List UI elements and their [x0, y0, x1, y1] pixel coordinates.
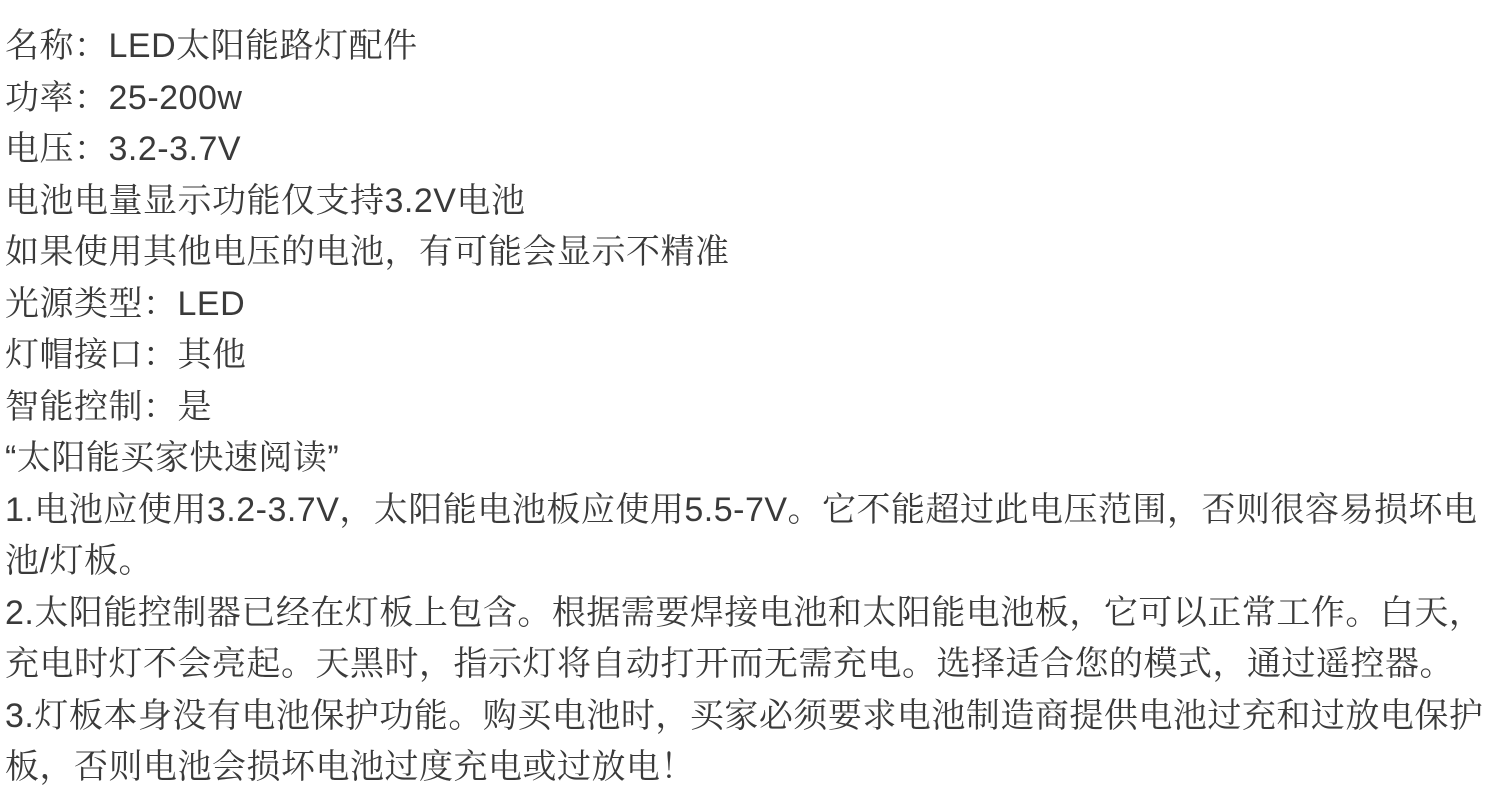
spec-line-name: 名称：LED太阳能路灯配件 — [5, 21, 1496, 73]
spec-line-cap-interface: 灯帽接口：其他 — [5, 330, 1496, 382]
note-paragraph-3: 3.灯板本身没有电池保护功能。购买电池时，买家必须要求电池制造商提供电池过充和过… — [5, 691, 1496, 794]
spec-line-accuracy-note: 如果使用其他电压的电池，有可能会显示不精准 — [5, 227, 1496, 279]
spec-line-smart-control: 智能控制：是 — [5, 382, 1496, 434]
note-paragraph-1: 1.电池应使用3.2-3.7V，太阳能电池板应使用5.5-7V。它不能超过此电压… — [5, 485, 1496, 588]
product-description-block: 名称：LED太阳能路灯配件 功率：25-200w 电压：3.2-3.7V 电池电… — [0, 0, 1500, 794]
quote-heading: “太阳能买家快速阅读” — [5, 433, 1496, 485]
spec-line-light-source: 光源类型：LED — [5, 279, 1496, 331]
spec-line-voltage: 电压：3.2-3.7V — [5, 124, 1496, 176]
note-paragraph-2: 2.太阳能控制器已经在灯板上包含。根据需要焊接电池和太阳能电池板，它可以正常工作… — [5, 588, 1496, 691]
spec-line-battery-display: 电池电量显示功能仅支持3.2V电池 — [5, 176, 1496, 228]
spec-line-power: 功率：25-200w — [5, 73, 1496, 125]
